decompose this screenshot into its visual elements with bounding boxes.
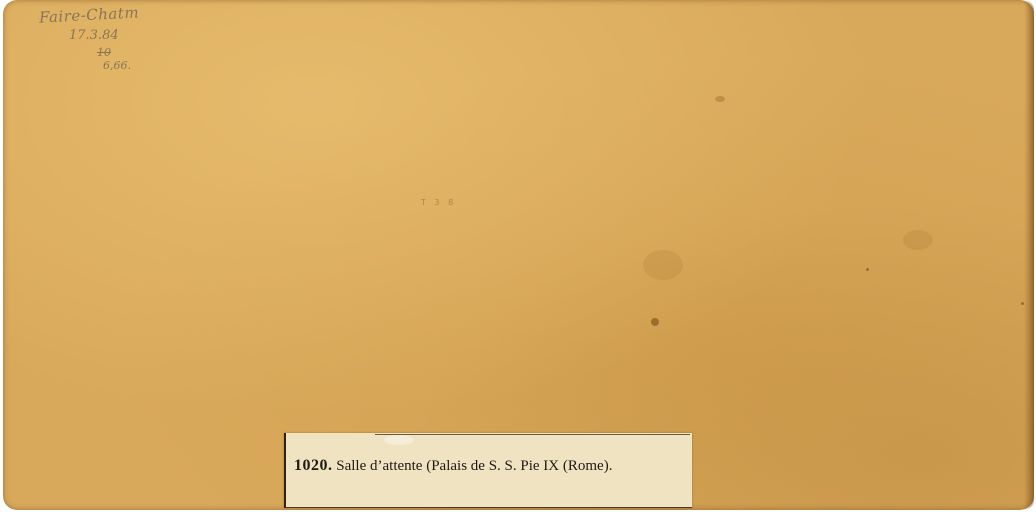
- stain-spot: [651, 318, 659, 326]
- label-top-rule: [375, 434, 690, 435]
- plate-number: 1020.: [294, 457, 333, 474]
- plate-caption: Salle d’attente (Palais de S. S. Pie IX …: [333, 458, 613, 474]
- stain-spot: [643, 250, 683, 280]
- card-edge-shadow: [1024, 0, 1034, 510]
- label-crease: [384, 435, 414, 445]
- caption-text: 1020. Salle d’attente (Palais de S. S. P…: [294, 457, 612, 475]
- pencil-note-line3: 10: [97, 46, 111, 59]
- pencil-note-line4: 6,66.: [103, 59, 131, 72]
- stain-spot: [715, 96, 725, 102]
- pencil-note-line2: 17.3.84: [69, 28, 119, 43]
- stain-spot: [903, 230, 933, 250]
- stain-spot: [866, 268, 869, 271]
- caption-label: 1020. Salle d’attente (Palais de S. S. P…: [284, 433, 692, 508]
- stain-spot: [1021, 302, 1024, 305]
- pencil-note-line1: Faire-Chatm: [39, 3, 140, 26]
- faint-stamp-mark: T 3 8: [421, 198, 456, 207]
